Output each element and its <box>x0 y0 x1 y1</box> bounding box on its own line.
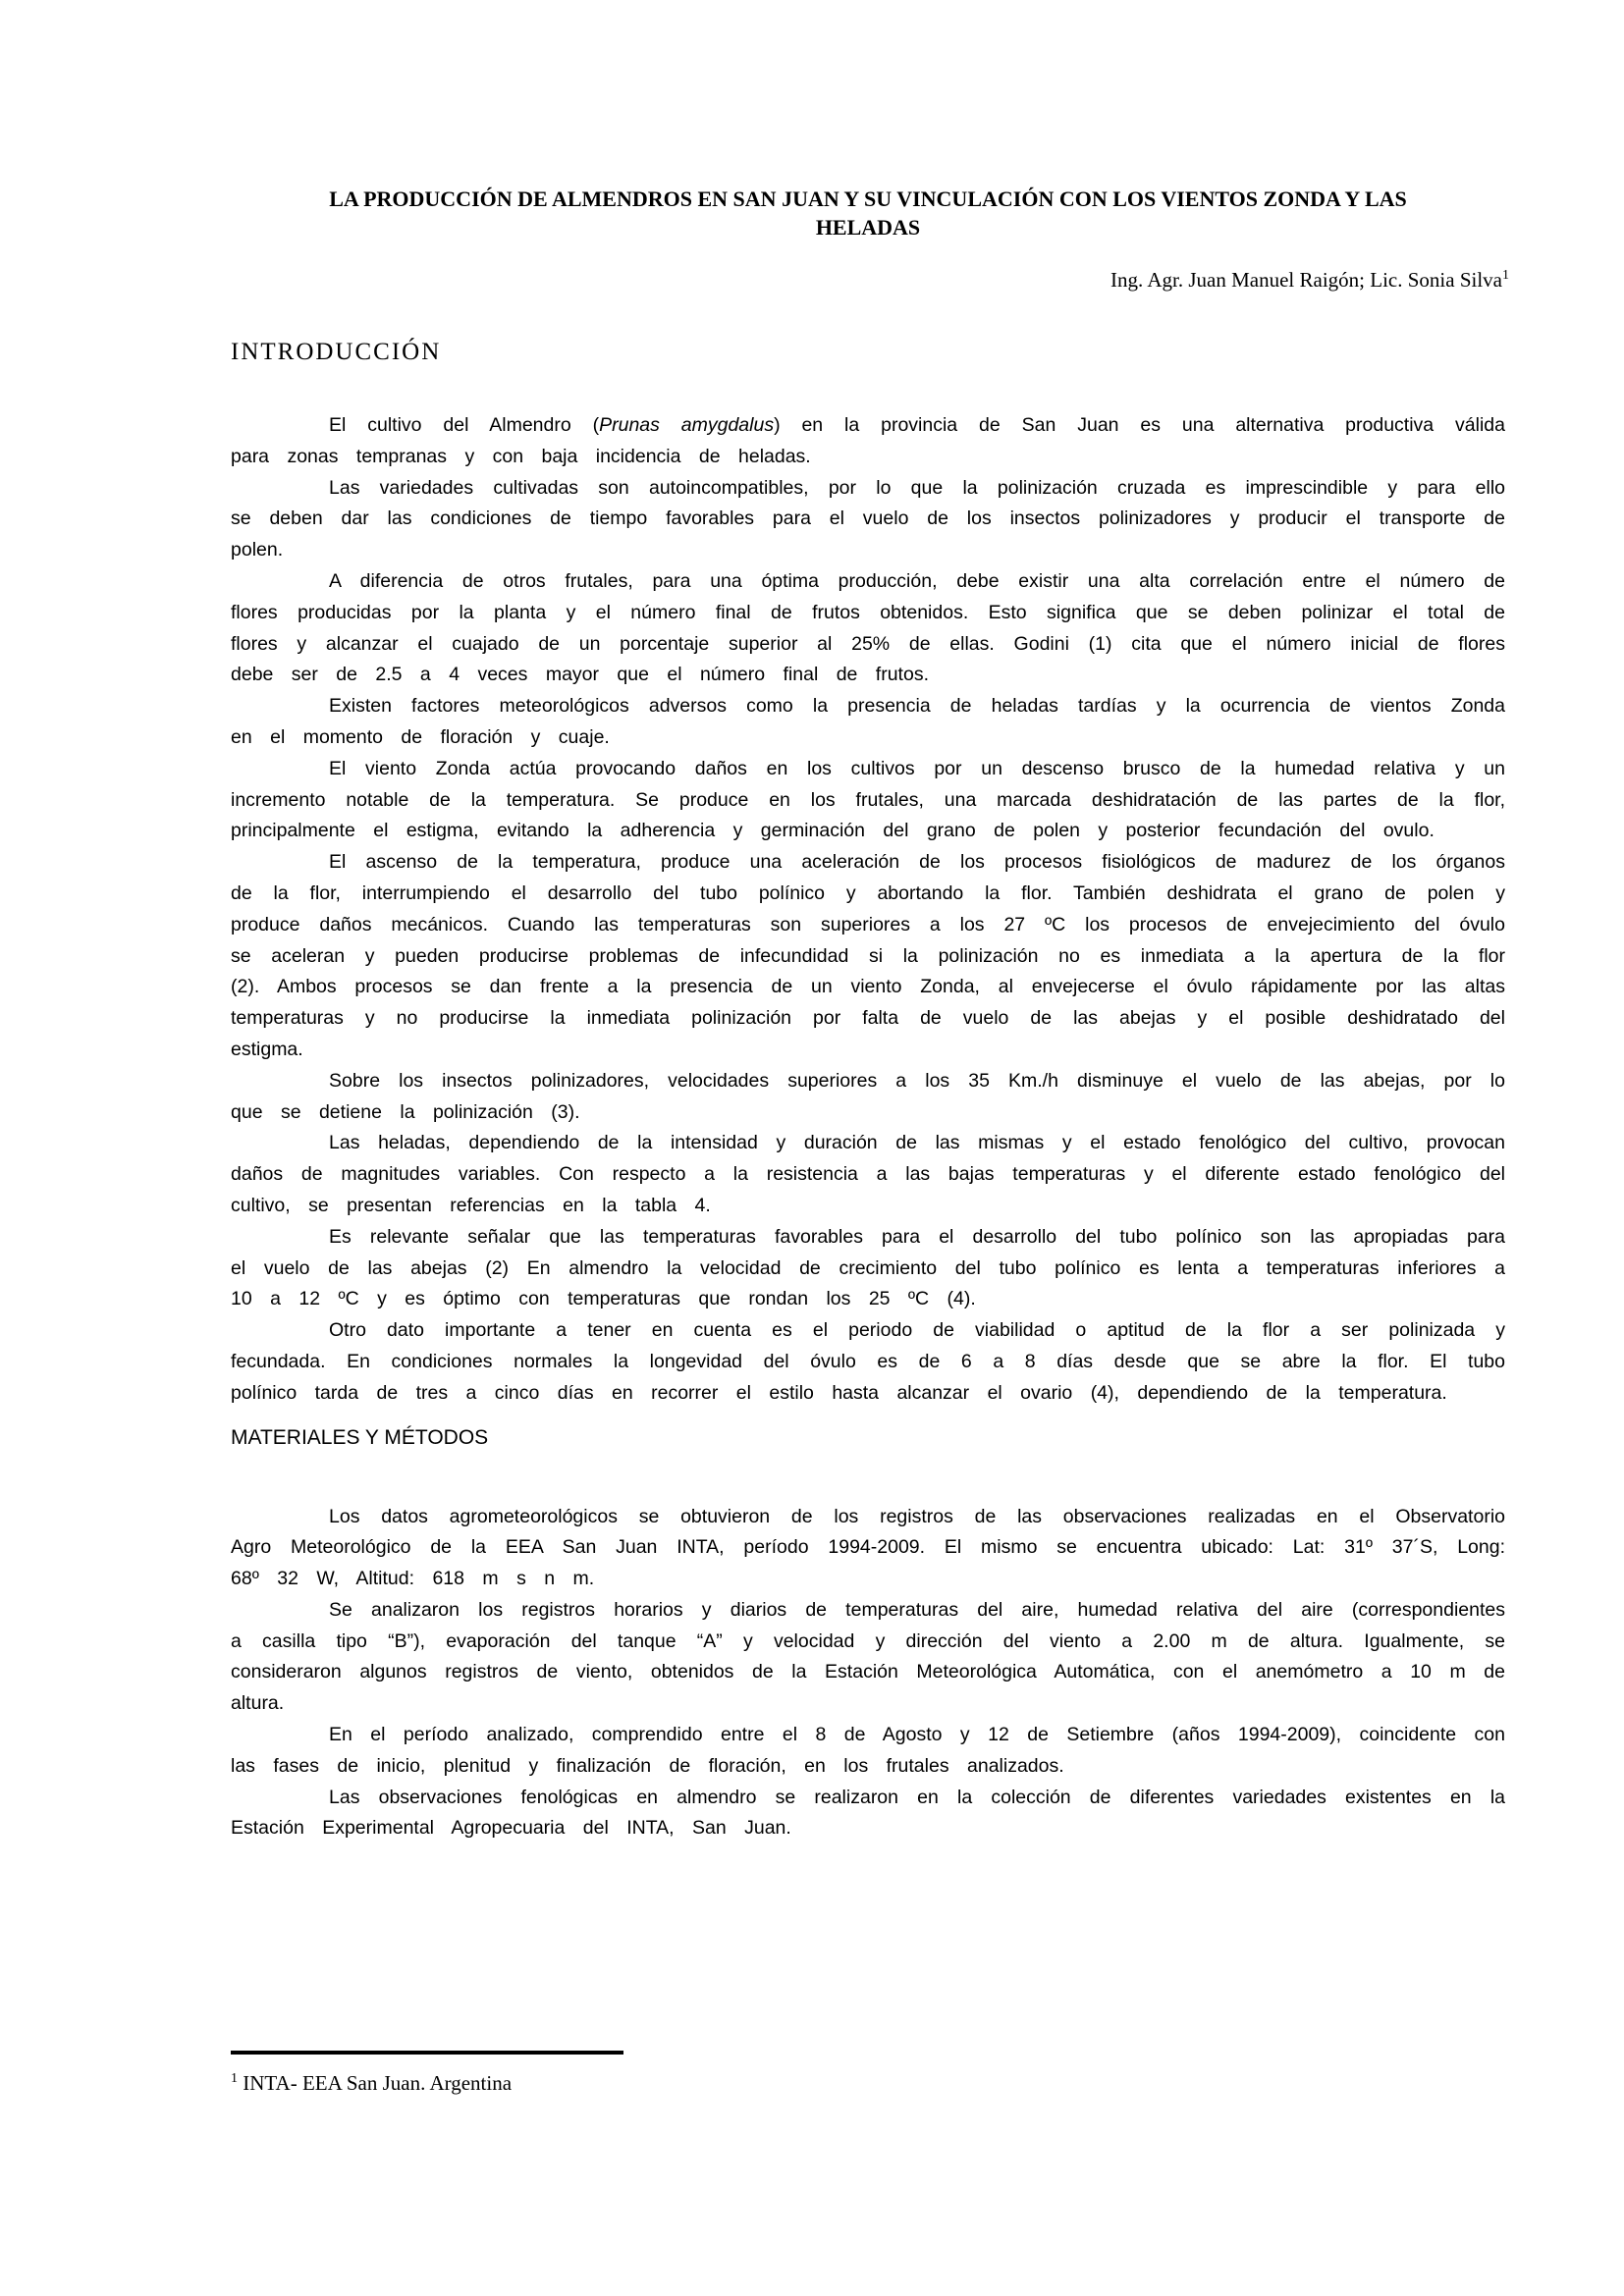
paragraph-materials-1: Los datos agrometeorológicos se obtuvier… <box>231 1502 1505 1595</box>
section-heading-materials-methods: MATERIALES Y MÉTODOS <box>231 1425 1505 1451</box>
authors-text: Ing. Agr. Juan Manuel Raigón; Lic. Sonia… <box>1110 268 1502 292</box>
document-page: LA PRODUCCIÓN DE ALMENDROS EN SAN JUAN Y… <box>0 0 1624 2296</box>
document-body: INTRODUCCIÓN El cultivo del Almendro (Pr… <box>231 338 1505 1844</box>
paragraph-materials-4: Las observaciones fenológicas en almendr… <box>231 1783 1505 1845</box>
paper-title-line-1: LA PRODUCCIÓN DE ALMENDROS EN SAN JUAN Y… <box>231 185 1505 213</box>
paragraph-materials-3: En el período analizado, comprendido ent… <box>231 1720 1505 1783</box>
paragraph-intro-4: Existen factores meteorológicos adversos… <box>231 691 1505 754</box>
paragraph-intro-9: Es relevante señalar que las temperatura… <box>231 1222 1505 1315</box>
paragraph-intro-3: A diferencia de otros frutales, para una… <box>231 566 1505 691</box>
paragraph-materials-2: Se analizaron los registros horarios y d… <box>231 1595 1505 1720</box>
authors-footnote-marker: 1 <box>1502 268 1509 283</box>
footnote-marker: 1 <box>231 2071 238 2086</box>
footnote-line: 1 INTA- EEA San Juan. Argentina <box>231 2070 1114 2096</box>
footnote-text: INTA- EEA San Juan. Argentina <box>243 2071 512 2095</box>
paper-title: LA PRODUCCIÓN DE ALMENDROS EN SAN JUAN Y… <box>231 185 1505 241</box>
footnote: 1 INTA- EEA San Juan. Argentina <box>231 2051 1114 2096</box>
paragraph-intro-7: Sobre los insectos polinizadores, veloci… <box>231 1066 1505 1129</box>
footnote-separator-rule <box>231 2051 623 2055</box>
paragraph-intro-10: Otro dato importante a tener en cuenta e… <box>231 1315 1505 1409</box>
paragraph-intro-1: El cultivo del Almendro (Prunas amygdalu… <box>231 410 1505 473</box>
paragraph-intro-8: Las heladas, dependiendo de la intensida… <box>231 1128 1505 1221</box>
paper-title-line-2: HELADAS <box>231 213 1505 241</box>
species-name-italic: Prunas amygdalus <box>599 414 774 436</box>
section-heading-introduction: INTRODUCCIÓN <box>231 338 1505 367</box>
paragraph-intro-5: El viento Zonda actúa provocando daños e… <box>231 754 1505 847</box>
paragraph-intro-6: El ascenso de la temperatura, produce un… <box>231 847 1505 1066</box>
paragraph-intro-2: Las variedades cultivadas son autoincomp… <box>231 473 1505 566</box>
paragraph-intro-1-pre: El cultivo del Almendro ( <box>329 414 599 436</box>
authors-line: Ing. Agr. Juan Manuel Raigón; Lic. Sonia… <box>231 267 1509 293</box>
